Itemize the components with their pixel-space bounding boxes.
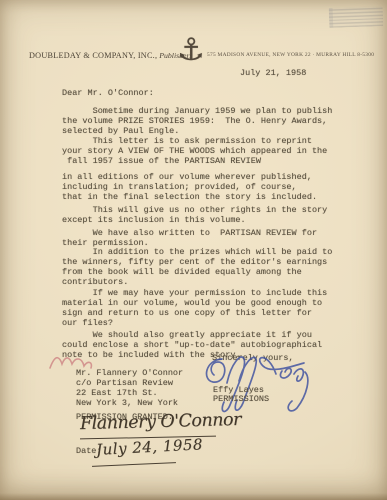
typed-line: In addition to the prizes which will be …: [62, 247, 332, 257]
typed-line: except its inclusion in this volume.: [62, 215, 327, 225]
letter-page: DOUBLEDAY & COMPANY, INC., Publishers ⚓ …: [0, 0, 387, 500]
paragraph-3: in all editions of our volume wherever p…: [62, 172, 317, 202]
typed-line: from the book will be divided equally am…: [62, 267, 332, 277]
typed-line: the volume PRIZE STORIES 1959: The O. He…: [62, 116, 332, 126]
paragraph-1: Sometime during January 1959 we plan to …: [62, 106, 332, 136]
letterhead-address: 575 MADISON AVENUE, NEW YORK 22 · MURRAY…: [207, 52, 383, 58]
typed-line: fall 1957 issue of the PARTISAN REVIEW: [62, 156, 327, 166]
typed-line: 22 East 17th St.: [76, 388, 183, 398]
corner-stamp: [329, 6, 384, 28]
anchor-icon: ⚓: [177, 31, 205, 69]
company-name: DOUBLEDAY & COMPANY, INC.,: [29, 51, 157, 60]
typed-line: sign and return to us one copy of this l…: [62, 308, 327, 318]
paragraph-7: If we may have your permission to includ…: [62, 288, 327, 328]
typed-line: in all editions of our volume wherever p…: [62, 172, 317, 182]
typed-line: We have also written to PARTISAN REVIEW …: [62, 228, 317, 238]
typed-line: your story A VIEW OF THE WOODS which app…: [62, 146, 327, 156]
typed-line: This letter is to ask permission to repr…: [62, 136, 327, 146]
typed-line: our files?: [62, 318, 327, 328]
typed-line: c/o Partisan Review: [76, 378, 183, 388]
typed-line: including in translation; provided, of c…: [62, 182, 317, 192]
typed-line: selected by Paul Engle.: [62, 126, 332, 136]
typed-line: the winners, fifty per cent of the edito…: [62, 257, 332, 267]
typed-line: contributors.: [62, 277, 332, 287]
letterhead-company: DOUBLEDAY & COMPANY, INC., Publishers: [29, 51, 193, 60]
typed-line: If we may have your permission to includ…: [62, 288, 327, 298]
recipient-address-block: Mr. Flannery O'Connorc/o Partisan Review…: [76, 368, 183, 408]
paragraph-2: This letter is to ask permission to repr…: [62, 136, 327, 166]
date-underline: [92, 462, 176, 467]
paragraph-5: We have also written to PARTISAN REVIEW …: [62, 228, 317, 248]
paragraph-4: This will give us no other rights in the…: [62, 205, 327, 225]
typed-line: that in the final selection the story is…: [62, 192, 317, 202]
paragraph-6: In addition to the prizes which will be …: [62, 247, 332, 287]
typed-line: Sometime during January 1959 we plan to …: [62, 106, 332, 116]
letter-date: July 21, 1958: [240, 68, 306, 78]
signer-typed-title: PERMISSIONS: [213, 394, 269, 404]
oconnor-signature: Flannery O'Connor: [80, 410, 241, 434]
salutation: Dear Mr. O'Connor:: [62, 88, 154, 98]
paper-bottom-edge: [0, 493, 387, 500]
typed-line: material in our volume, would you be goo…: [62, 298, 327, 308]
typed-line: We should also greatly appreciate it if …: [62, 330, 322, 340]
typed-line: This will give us no other rights in the…: [62, 205, 327, 215]
typed-line: New York 3, New York: [76, 398, 183, 408]
typed-line: Mr. Flannery O'Connor: [76, 368, 183, 378]
